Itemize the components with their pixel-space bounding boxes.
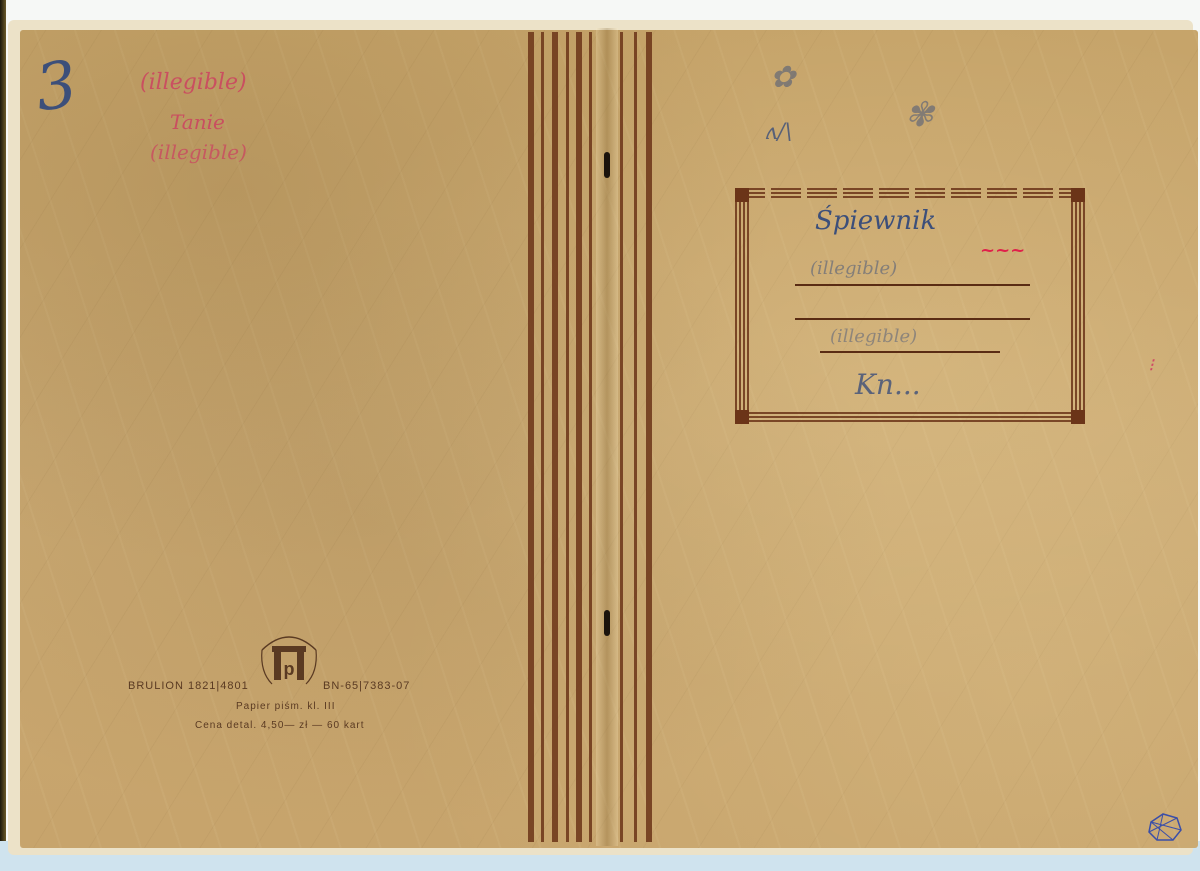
staple-bottom <box>604 610 610 636</box>
doodle-flower: ✿ <box>770 60 795 95</box>
label-line-2 <box>795 318 1030 320</box>
label-line4-handwriting: Kn... <box>855 368 921 401</box>
svg-text:p: p <box>284 659 295 679</box>
pink-handwriting-3: (illegible) <box>150 140 247 164</box>
red-mark: ⁝ <box>1148 355 1154 376</box>
label-line-1 <box>795 284 1030 286</box>
name-label-frame: Śpiewnik ~~~ (illegible) (illegible) Kn.… <box>735 188 1085 424</box>
imprint-code-right: BN-65|7383-07 <box>323 680 410 692</box>
doodle-figure: ✾ <box>905 95 934 135</box>
doodle-letters: ʌ/\ <box>765 120 792 145</box>
spine-stripes <box>522 32 662 842</box>
imprint-code-left: BRULION 1821|4801 <box>128 680 249 692</box>
label-line2-handwriting: (illegible) <box>810 258 897 279</box>
doodle-geometric-icon <box>1145 812 1185 844</box>
label-line3-handwriting: (illegible) <box>830 326 917 347</box>
scan-edge <box>0 0 6 871</box>
label-line-3 <box>820 351 1000 353</box>
imprint-paper-class: Papier piśm. kl. III <box>236 701 335 712</box>
pink-handwriting-2: Tanie <box>170 110 225 134</box>
publisher-logo-icon: p <box>256 628 322 688</box>
staple-top <box>604 152 610 178</box>
imprint-price: Cena detal. 4,50— zł — 60 kart <box>195 720 365 731</box>
pink-scribble: ~~~ <box>980 240 1025 261</box>
pink-handwriting-1: (illegible) <box>140 70 247 95</box>
label-title-handwriting: Śpiewnik <box>815 206 936 236</box>
